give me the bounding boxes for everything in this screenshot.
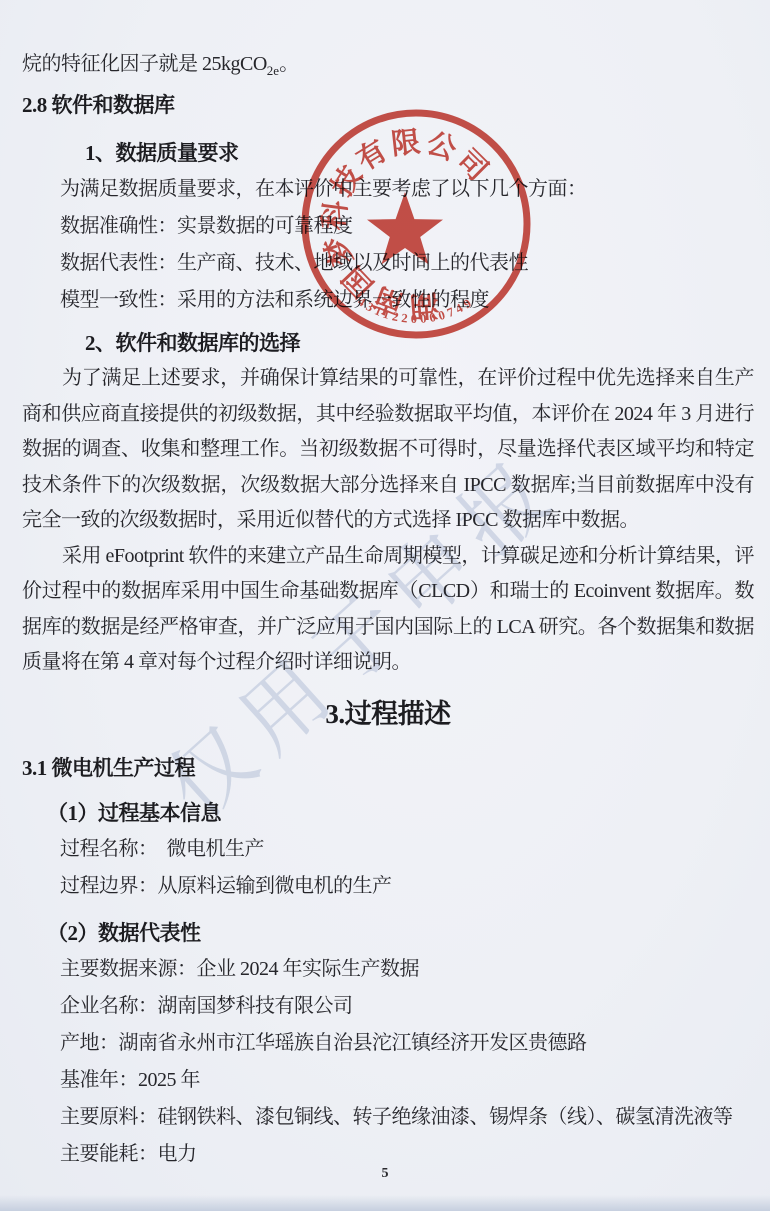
body-line: 主要原料：硅钢铁料、漆包铜线、转子绝缘油漆、锡焊条（线）、碳氢清洗液等 — [60, 1099, 754, 1136]
body-line: 主要数据来源：企业 2024 年实际生产数据 — [60, 951, 754, 988]
chapter-heading: 3.过程描述 — [22, 693, 754, 735]
seal-star-icon — [367, 192, 443, 264]
paragraph: 为了满足上述要求，并确保计算结果的可靠性，在评价过程中优先选择来自生产商和供应商… — [22, 361, 754, 539]
body-line: 产地：湖南省永州市江华瑶族自治县沱江镇经济开发区贵德路 — [60, 1025, 754, 1062]
page-number: 5 — [0, 1166, 770, 1182]
paragraph: 采用 eFootprint 软件的来建立产品生命周期模型，计算碳足迹和分析计算结… — [22, 539, 754, 681]
body-line: 过程边界：从原料运输到微电机的生产 — [60, 868, 754, 905]
scanned-report-page: { "document": { "blocks": [ {"name":"con… — [0, 0, 770, 1211]
page-bottom-edge — [0, 1195, 770, 1211]
subheading-process-info: （1）过程基本信息 — [47, 795, 754, 831]
body-line: 过程名称： 微电机生产 — [60, 831, 754, 868]
company-seal: 湖南国梦科技有限公司 4311220000749 — [296, 104, 536, 344]
body-line: 企业名称：湖南国梦科技有限公司 — [60, 988, 754, 1025]
continuation-line: 烷的特征化因子就是 25kgCO2e。 — [22, 46, 754, 89]
section-heading-3-1: 3.1 微电机生产过程 — [22, 751, 754, 785]
body-line: 基准年：2025 年 — [60, 1062, 754, 1099]
subheading-data-representativeness: （2）数据代表性 — [47, 915, 754, 951]
